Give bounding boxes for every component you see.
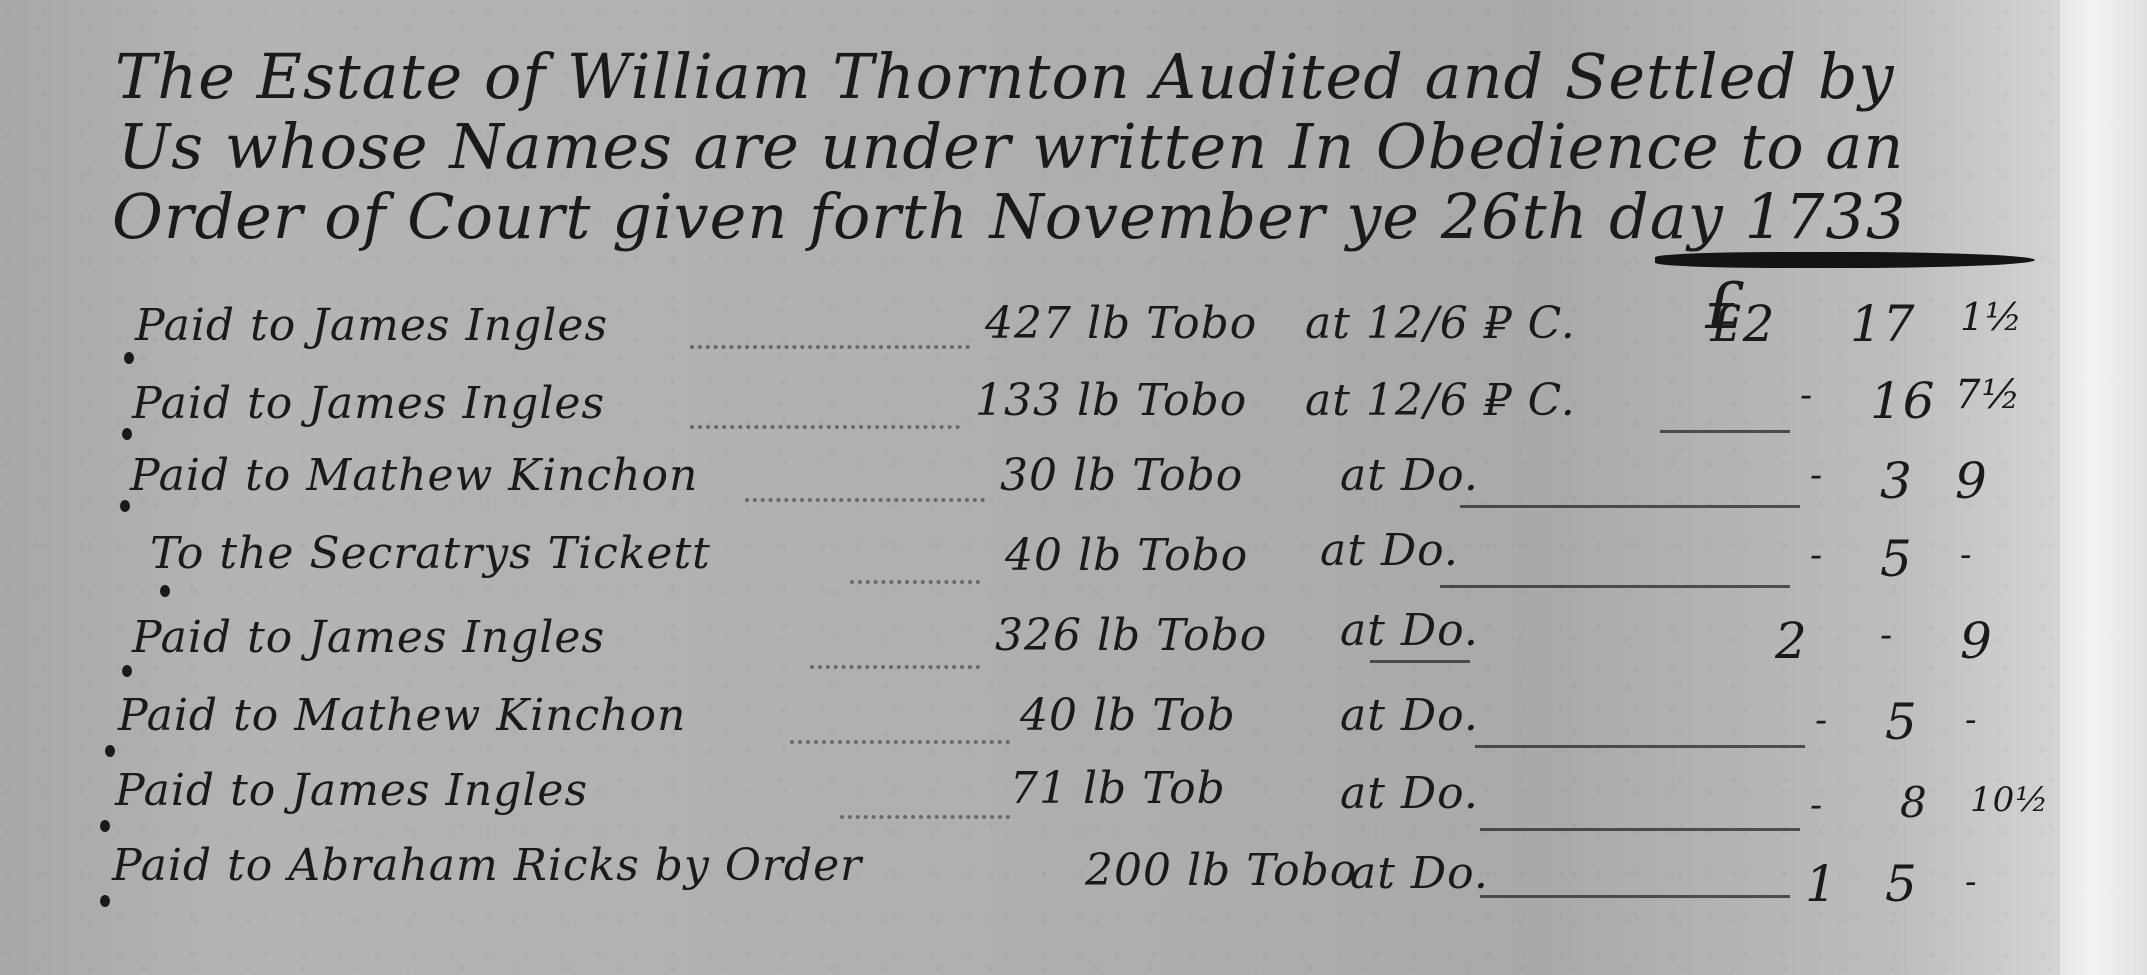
row-bullet xyxy=(124,352,134,364)
dotted-leader xyxy=(850,580,980,584)
entry-pounds: £2 xyxy=(1710,295,1776,353)
entry-quantity: 326 lb Tobo xyxy=(995,610,1267,661)
entry-pounds: - xyxy=(1810,455,1823,496)
entry-pence: - xyxy=(1965,862,1978,902)
entry-shillings: - xyxy=(1880,615,1893,656)
heading-line-3: Order of Court given forth November ye 2… xyxy=(112,180,1906,253)
entry-shillings: 3 xyxy=(1880,452,1913,510)
entry-pounds: - xyxy=(1815,700,1828,741)
entry-quantity: 40 lb Tob xyxy=(1020,690,1236,741)
entry-rate: at 12/6 ₽ C. xyxy=(1305,375,1576,426)
ruled-leader xyxy=(1370,660,1470,663)
entry-shillings: 5 xyxy=(1885,693,1918,751)
row-bullet xyxy=(122,665,132,677)
entry-shillings: 5 xyxy=(1885,855,1918,913)
entry-pounds: - xyxy=(1800,375,1813,416)
ruled-leader xyxy=(1475,745,1805,748)
ledger-page: The Estate of William Thornton Audited a… xyxy=(0,0,2060,975)
row-bullet xyxy=(100,895,110,907)
entry-rate: at Do. xyxy=(1340,690,1479,741)
entry-rate: at Do. xyxy=(1340,450,1479,501)
entry-payee: Paid to Abraham Ricks by Order xyxy=(112,840,862,891)
entry-payee: Paid to James Ingles xyxy=(135,300,608,351)
entry-rate: at Do. xyxy=(1350,848,1489,899)
entry-pounds: 2 xyxy=(1775,612,1808,670)
entry-rate: at Do. xyxy=(1320,525,1459,576)
entry-payee: To the Secratrys Tickett xyxy=(150,528,711,579)
ruled-leader xyxy=(1480,895,1790,898)
entry-quantity: 427 lb Tobo xyxy=(985,298,1257,349)
entry-quantity: 71 lb Tob xyxy=(1010,763,1226,814)
dotted-leader xyxy=(790,740,1010,744)
heading-line-1: The Estate of William Thornton Audited a… xyxy=(115,40,1895,113)
entry-pence: 7½ xyxy=(1955,372,2021,418)
heading-line-2: Us whose Names are under written In Obed… xyxy=(118,110,1904,183)
entry-pence: - xyxy=(1960,535,1973,575)
entry-payee: Paid to Mathew Kinchon xyxy=(130,450,698,501)
row-bullet xyxy=(100,820,110,832)
entry-shillings: 17 xyxy=(1850,295,1916,353)
entry-pounds: 1 xyxy=(1805,855,1838,913)
entry-pence: 1½ xyxy=(1960,295,2023,339)
ruled-leader xyxy=(1440,585,1790,588)
entry-pounds: - xyxy=(1810,785,1823,826)
dotted-leader xyxy=(810,665,980,669)
entry-rate: at 12/6 ₽ C. xyxy=(1305,298,1576,349)
entry-pence: 9 xyxy=(1955,452,1988,510)
entry-pence: - xyxy=(1965,700,1978,740)
row-bullet xyxy=(122,428,132,440)
entry-shillings: 16 xyxy=(1870,372,1936,430)
entry-pounds: - xyxy=(1810,535,1823,576)
entry-payee: Paid to Mathew Kinchon xyxy=(118,690,686,741)
entry-pence: 9 xyxy=(1960,612,1993,670)
entry-quantity: 30 lb Tobo xyxy=(1000,450,1243,501)
entry-payee: Paid to James Ingles xyxy=(132,378,605,429)
entry-rate: at Do. xyxy=(1340,768,1479,819)
entry-shillings: 8 xyxy=(1900,778,1928,827)
entry-quantity: 133 lb Tobo xyxy=(975,375,1247,426)
dotted-leader xyxy=(690,345,970,349)
entry-quantity: 40 lb Tobo xyxy=(1005,530,1248,581)
ruled-leader xyxy=(1460,505,1800,508)
dotted-leader xyxy=(690,425,960,429)
page-edge xyxy=(2060,0,2147,975)
ruled-leader xyxy=(1480,828,1800,831)
ink-flourish xyxy=(1655,252,2035,268)
ruled-leader xyxy=(1660,430,1790,433)
row-bullet xyxy=(160,585,170,597)
entry-shillings: 5 xyxy=(1880,530,1913,588)
entry-rate: at Do. xyxy=(1340,605,1479,656)
entry-quantity: 200 lb Tobo xyxy=(1085,845,1357,896)
entry-pence: 10½ xyxy=(1970,780,2049,820)
row-bullet xyxy=(120,500,130,512)
dotted-leader xyxy=(840,815,1010,819)
entry-payee: Paid to James Ingles xyxy=(115,765,588,816)
dotted-leader xyxy=(745,498,985,502)
row-bullet xyxy=(105,745,115,757)
entry-payee: Paid to James Ingles xyxy=(132,612,605,663)
